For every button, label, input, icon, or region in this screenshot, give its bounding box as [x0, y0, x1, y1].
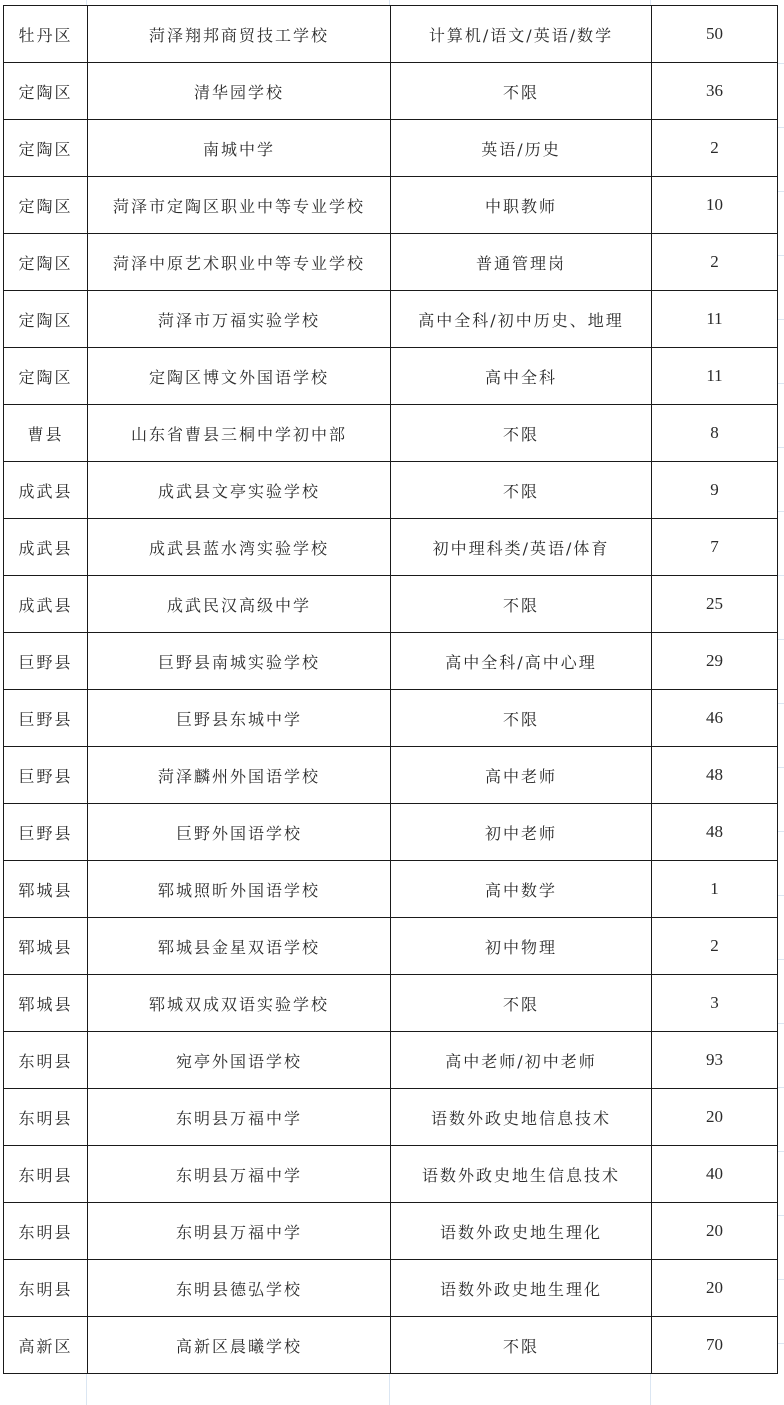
school-name-cell: 菏泽市定陶区职业中等专业学校 — [88, 177, 391, 234]
headcount-cell: 29 — [652, 633, 778, 690]
subject-cell: 高中全科/初中历史、地理 — [391, 291, 652, 348]
district-cell: 东明县 — [4, 1032, 88, 1089]
headcount-cell: 48 — [652, 747, 778, 804]
school-name-cell: 菏泽市万福实验学校 — [88, 291, 391, 348]
school-name-cell: 清华园学校 — [88, 63, 391, 120]
school-name-cell: 东明县万福中学 — [88, 1203, 391, 1260]
district-cell: 郓城县 — [4, 918, 88, 975]
headcount-cell: 20 — [652, 1089, 778, 1146]
headcount-cell: 48 — [652, 804, 778, 861]
headcount-cell: 2 — [652, 120, 778, 177]
district-cell: 成武县 — [4, 462, 88, 519]
subject-cell: 语数外政史地信息技术 — [391, 1089, 652, 1146]
table-body: 牡丹区菏泽翔邦商贸技工学校计算机/语文/英语/数学50定陶区清华园学校不限36定… — [4, 6, 778, 1374]
subject-cell: 语数外政史地生理化 — [391, 1260, 652, 1317]
school-name-cell: 菏泽中原艺术职业中等专业学校 — [88, 234, 391, 291]
headcount-cell: 20 — [652, 1260, 778, 1317]
school-name-cell: 巨野县南城实验学校 — [88, 633, 391, 690]
subject-cell: 不限 — [391, 975, 652, 1032]
school-name-cell: 成武民汉高级中学 — [88, 576, 391, 633]
headcount-cell: 50 — [652, 6, 778, 63]
headcount-cell: 36 — [652, 63, 778, 120]
school-name-cell: 南城中学 — [88, 120, 391, 177]
table-row: 定陶区清华园学校不限36 — [4, 63, 778, 120]
district-cell: 牡丹区 — [4, 6, 88, 63]
school-name-cell: 巨野外国语学校 — [88, 804, 391, 861]
table-row: 巨野县巨野县南城实验学校高中全科/高中心理29 — [4, 633, 778, 690]
school-name-cell: 郓城双成双语实验学校 — [88, 975, 391, 1032]
district-cell: 东明县 — [4, 1089, 88, 1146]
subject-cell: 高中全科 — [391, 348, 652, 405]
subject-cell: 高中数学 — [391, 861, 652, 918]
table-row: 东明县东明县万福中学语数外政史地生信息技术40 — [4, 1146, 778, 1203]
table-row: 定陶区菏泽中原艺术职业中等专业学校普通管理岗2 — [4, 234, 778, 291]
table-row: 定陶区菏泽市定陶区职业中等专业学校中职教师10 — [4, 177, 778, 234]
school-name-cell: 菏泽翔邦商贸技工学校 — [88, 6, 391, 63]
district-cell: 成武县 — [4, 576, 88, 633]
district-cell: 东明县 — [4, 1203, 88, 1260]
subject-cell: 初中理科类/英语/体育 — [391, 519, 652, 576]
headcount-cell: 25 — [652, 576, 778, 633]
district-cell: 定陶区 — [4, 120, 88, 177]
headcount-cell: 20 — [652, 1203, 778, 1260]
subject-cell: 高中全科/高中心理 — [391, 633, 652, 690]
district-cell: 郓城县 — [4, 975, 88, 1032]
headcount-cell: 7 — [652, 519, 778, 576]
table-row: 巨野县菏泽麟州外国语学校高中老师48 — [4, 747, 778, 804]
table-row: 成武县成武县文亭实验学校不限9 — [4, 462, 778, 519]
subject-cell: 语数外政史地生理化 — [391, 1203, 652, 1260]
school-name-cell: 东明县万福中学 — [88, 1146, 391, 1203]
school-name-cell: 山东省曹县三桐中学初中部 — [88, 405, 391, 462]
headcount-cell: 10 — [652, 177, 778, 234]
table-row: 郓城县郓城照昕外国语学校高中数学1 — [4, 861, 778, 918]
district-cell: 郓城县 — [4, 861, 88, 918]
district-cell: 定陶区 — [4, 63, 88, 120]
table-row: 郓城县郓城县金星双语学校初中物理2 — [4, 918, 778, 975]
subject-cell: 不限 — [391, 462, 652, 519]
subject-cell: 计算机/语文/英语/数学 — [391, 6, 652, 63]
subject-cell: 不限 — [391, 63, 652, 120]
school-name-cell: 郓城照昕外国语学校 — [88, 861, 391, 918]
table-row: 曹县山东省曹县三桐中学初中部不限8 — [4, 405, 778, 462]
headcount-cell: 1 — [652, 861, 778, 918]
district-cell: 定陶区 — [4, 348, 88, 405]
school-name-cell: 东明县万福中学 — [88, 1089, 391, 1146]
table-row: 定陶区菏泽市万福实验学校高中全科/初中历史、地理11 — [4, 291, 778, 348]
sheet-gridlines-right — [778, 0, 784, 1405]
district-cell: 高新区 — [4, 1317, 88, 1374]
district-cell: 巨野县 — [4, 690, 88, 747]
headcount-cell: 2 — [652, 234, 778, 291]
table-row: 定陶区南城中学英语/历史2 — [4, 120, 778, 177]
table-row: 成武县成武县蓝水湾实验学校初中理科类/英语/体育7 — [4, 519, 778, 576]
school-name-cell: 成武县文亭实验学校 — [88, 462, 391, 519]
district-cell: 成武县 — [4, 519, 88, 576]
table-row: 定陶区定陶区博文外国语学校高中全科11 — [4, 348, 778, 405]
headcount-cell: 70 — [652, 1317, 778, 1374]
subject-cell: 不限 — [391, 576, 652, 633]
headcount-cell: 11 — [652, 348, 778, 405]
table-row: 高新区高新区晨曦学校不限70 — [4, 1317, 778, 1374]
school-name-cell: 菏泽麟州外国语学校 — [88, 747, 391, 804]
headcount-cell: 3 — [652, 975, 778, 1032]
district-cell: 曹县 — [4, 405, 88, 462]
headcount-cell: 93 — [652, 1032, 778, 1089]
district-cell: 东明县 — [4, 1146, 88, 1203]
headcount-cell: 9 — [652, 462, 778, 519]
table-row: 东明县东明县万福中学语数外政史地生理化20 — [4, 1203, 778, 1260]
school-name-cell: 成武县蓝水湾实验学校 — [88, 519, 391, 576]
subject-cell: 初中物理 — [391, 918, 652, 975]
school-recruitment-table: 牡丹区菏泽翔邦商贸技工学校计算机/语文/英语/数学50定陶区清华园学校不限36定… — [3, 5, 778, 1374]
subject-cell: 英语/历史 — [391, 120, 652, 177]
subject-cell: 不限 — [391, 405, 652, 462]
district-cell: 巨野县 — [4, 804, 88, 861]
subject-cell: 高中老师 — [391, 747, 652, 804]
subject-cell: 不限 — [391, 1317, 652, 1374]
table-row: 成武县成武民汉高级中学不限25 — [4, 576, 778, 633]
subject-cell: 高中老师/初中老师 — [391, 1032, 652, 1089]
subject-cell: 普通管理岗 — [391, 234, 652, 291]
district-cell: 巨野县 — [4, 747, 88, 804]
table-row: 东明县东明县万福中学语数外政史地信息技术20 — [4, 1089, 778, 1146]
table-row: 东明县宛亭外国语学校高中老师/初中老师93 — [4, 1032, 778, 1089]
headcount-cell: 40 — [652, 1146, 778, 1203]
school-name-cell: 郓城县金星双语学校 — [88, 918, 391, 975]
district-cell: 东明县 — [4, 1260, 88, 1317]
school-name-cell: 宛亭外国语学校 — [88, 1032, 391, 1089]
district-cell: 定陶区 — [4, 234, 88, 291]
headcount-cell: 8 — [652, 405, 778, 462]
school-name-cell: 巨野县东城中学 — [88, 690, 391, 747]
school-name-cell: 定陶区博文外国语学校 — [88, 348, 391, 405]
district-cell: 定陶区 — [4, 177, 88, 234]
subject-cell: 初中老师 — [391, 804, 652, 861]
subject-cell: 中职教师 — [391, 177, 652, 234]
headcount-cell: 46 — [652, 690, 778, 747]
district-cell: 定陶区 — [4, 291, 88, 348]
school-name-cell: 高新区晨曦学校 — [88, 1317, 391, 1374]
district-cell: 巨野县 — [4, 633, 88, 690]
subject-cell: 语数外政史地生信息技术 — [391, 1146, 652, 1203]
table-row: 郓城县郓城双成双语实验学校不限3 — [4, 975, 778, 1032]
table-row: 牡丹区菏泽翔邦商贸技工学校计算机/语文/英语/数学50 — [4, 6, 778, 63]
headcount-cell: 11 — [652, 291, 778, 348]
subject-cell: 不限 — [391, 690, 652, 747]
table-row: 巨野县巨野外国语学校初中老师48 — [4, 804, 778, 861]
table-row: 东明县东明县德弘学校语数外政史地生理化20 — [4, 1260, 778, 1317]
table-row: 巨野县巨野县东城中学不限46 — [4, 690, 778, 747]
headcount-cell: 2 — [652, 918, 778, 975]
school-name-cell: 东明县德弘学校 — [88, 1260, 391, 1317]
